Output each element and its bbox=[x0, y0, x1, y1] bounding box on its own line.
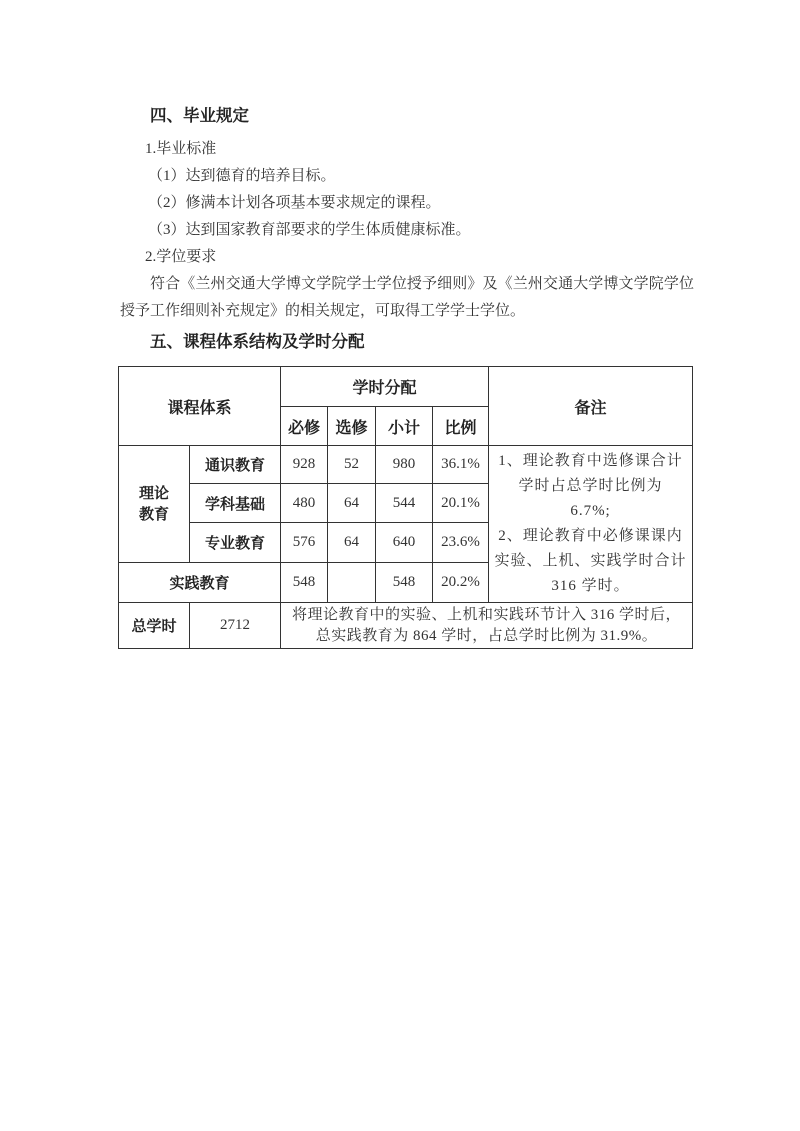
total-hours-value: 2712 bbox=[190, 603, 281, 649]
required-value: 548 bbox=[281, 563, 328, 603]
subtotal-value: 980 bbox=[376, 446, 433, 484]
header-elective: 选修 bbox=[328, 407, 376, 446]
graduation-standard-title: 1.毕业标准 bbox=[145, 136, 694, 163]
header-hour-allocation: 学时分配 bbox=[281, 367, 489, 407]
total-hours-note: 将理论教育中的实验、上机和实践环节计入 316 学时后， 总实践教育为 864 … bbox=[281, 603, 693, 649]
graduation-point-3: （3）达到国家教育部要求的学生体质健康标准。 bbox=[148, 217, 694, 244]
elective-value: 64 bbox=[328, 523, 376, 563]
header-remark: 备注 bbox=[489, 367, 693, 446]
header-subtotal: 小计 bbox=[376, 407, 433, 446]
graduation-point-2: （2）修满本计划各项基本要求规定的课程。 bbox=[148, 190, 694, 217]
page-content: 四、毕业规定 1.毕业标准 （1）达到德育的培养目标。 （2）修满本计划各项基本… bbox=[0, 0, 800, 649]
required-value: 576 bbox=[281, 523, 328, 563]
subtotal-value: 640 bbox=[376, 523, 433, 563]
remark-text: 1、理论教育中选修课合计 学时占总学时比例为 6.7%; 2、理论教育中必修课课… bbox=[489, 446, 693, 603]
category-label: 通识教育 bbox=[190, 446, 281, 484]
category-label: 学科基础 bbox=[190, 484, 281, 523]
proportion-value: 23.6% bbox=[433, 523, 489, 563]
document-page: 四、毕业规定 1.毕业标准 （1）达到德育的培养目标。 （2）修满本计划各项基本… bbox=[0, 0, 800, 1131]
header-required: 必修 bbox=[281, 407, 328, 446]
proportion-value: 20.2% bbox=[433, 563, 489, 603]
subtotal-value: 544 bbox=[376, 484, 433, 523]
required-value: 480 bbox=[281, 484, 328, 523]
proportion-value: 20.1% bbox=[433, 484, 489, 523]
required-value: 928 bbox=[281, 446, 328, 484]
hour-allocation-table: 课程体系 学时分配 备注 必修 选修 小计 比例 理论 教育 通识教育 928 … bbox=[118, 366, 693, 649]
section4-heading: 四、毕业规定 bbox=[150, 105, 694, 127]
table-header-row-1: 课程体系 学时分配 备注 bbox=[119, 367, 693, 407]
table-row-general-education: 理论 教育 通识教育 928 52 980 36.1% 1、理论教育中选修课合计… bbox=[119, 446, 693, 484]
elective-value bbox=[328, 563, 376, 603]
total-hours-label: 总学时 bbox=[119, 603, 190, 649]
header-proportion: 比例 bbox=[433, 407, 489, 446]
subtotal-value: 548 bbox=[376, 563, 433, 603]
practice-education-label: 实践教育 bbox=[119, 563, 281, 603]
table-row-total-hours: 总学时 2712 将理论教育中的实验、上机和实践环节计入 316 学时后， 总实… bbox=[119, 603, 693, 649]
degree-requirement-text: 符合《兰州交通大学博文学院学士学位授予细则》及《兰州交通大学博文学院学位授予工作… bbox=[120, 271, 694, 325]
header-course-system: 课程体系 bbox=[119, 367, 281, 446]
elective-value: 52 bbox=[328, 446, 376, 484]
degree-requirement-title: 2.学位要求 bbox=[145, 244, 694, 271]
theory-education-group-label: 理论 教育 bbox=[119, 446, 190, 563]
proportion-value: 36.1% bbox=[433, 446, 489, 484]
category-label: 专业教育 bbox=[190, 523, 281, 563]
section5-heading: 五、课程体系结构及学时分配 bbox=[150, 331, 694, 353]
graduation-point-1: （1）达到德育的培养目标。 bbox=[148, 163, 694, 190]
elective-value: 64 bbox=[328, 484, 376, 523]
